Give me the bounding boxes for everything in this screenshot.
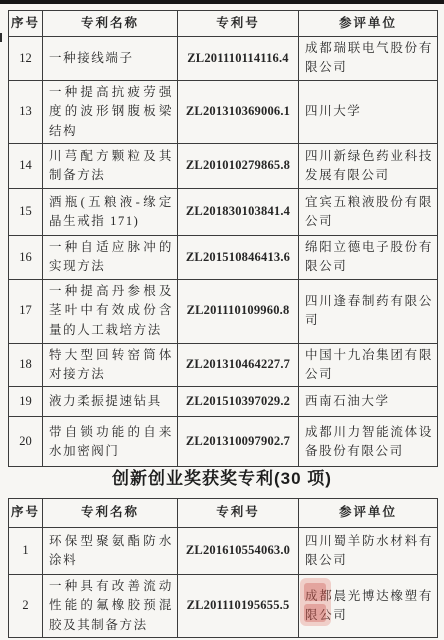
table-row: 14 川芎配方颗粒及其制备方法 ZL201010279865.8 四川新绿色药业…	[9, 143, 438, 188]
serial-cell: 17	[9, 279, 43, 343]
top-edge-bar	[0, 0, 444, 4]
table-row: 17 一种提高丹参根及茎叶中有效成份含量的人工栽培方法 ZL2011101099…	[9, 279, 438, 343]
header-serial: 序号	[9, 499, 43, 528]
serial-cell: 13	[9, 80, 43, 143]
serial-cell: 19	[9, 387, 43, 417]
org-text: 成都晨光博达橡塑有限公司	[305, 589, 433, 622]
patent-number-cell: ZL201010279865.8	[178, 143, 299, 188]
header-patent-name: 专利名称	[43, 499, 178, 528]
patent-table-2: 序号 专利名称 专利号 参评单位 1 环保型聚氨酯防水涂料 ZL20161055…	[8, 498, 438, 638]
header-patent-number: 专利号	[178, 499, 299, 528]
table-row: 2 一种具有改善流动性能的氟橡胶预混胶及其制备方法 ZL201110195655…	[9, 575, 438, 638]
patent-number-cell: ZL201310464227.7	[178, 343, 299, 387]
patent-name-cell: 一种提高丹参根及茎叶中有效成份含量的人工栽培方法	[43, 279, 178, 343]
serial-cell: 18	[9, 343, 43, 387]
section-title: 创新创业奖获奖专利(30 项)	[0, 464, 444, 489]
patent-name-cell: 一种接线端子	[43, 37, 178, 81]
scanned-document-page: 序号 专利名称 专利号 参评单位 12 一种接线端子 ZL20111011411…	[0, 0, 444, 640]
patent-number-cell: ZL201110114116.4	[178, 37, 299, 81]
table-row: 13 一种提高抗疲劳强度的波形钢腹板梁结构 ZL201310369006.1 四…	[9, 80, 438, 143]
serial-cell: 2	[9, 575, 43, 638]
patent-number-cell: ZL201110109960.8	[178, 279, 299, 343]
patent-table-1: 序号 专利名称 专利号 参评单位 12 一种接线端子 ZL20111011411…	[8, 10, 438, 467]
table-row: 16 一种自适应脉冲的实现方法 ZL201510846413.6 绵阳立德电子股…	[9, 235, 438, 279]
table-header-row: 序号 专利名称 专利号 参评单位	[9, 11, 438, 37]
org-cell: 绵阳立德电子股份有限公司	[299, 235, 438, 279]
table-header-row: 序号 专利名称 专利号 参评单位	[9, 499, 438, 528]
org-cell: 四川逢春制药有限公司	[299, 279, 438, 343]
org-cell: 成都川力智能流体设备股份有限公司	[299, 417, 438, 467]
header-patent-number: 专利号	[178, 11, 299, 37]
patent-name-cell: 一种自适应脉冲的实现方法	[43, 235, 178, 279]
patent-number-cell: ZL201830103841.4	[178, 188, 299, 235]
patent-number-cell: ZL201610554063.0	[178, 528, 299, 575]
org-cell: 成都瑞联电气股份有限公司	[299, 37, 438, 81]
serial-cell: 15	[9, 188, 43, 235]
table-row: 20 带自锁功能的自来水加密阀门 ZL201310097902.7 成都川力智能…	[9, 417, 438, 467]
serial-cell: 1	[9, 528, 43, 575]
org-cell: 中国十九冶集团有限公司	[299, 343, 438, 387]
patent-number-cell: ZL201510397029.2	[178, 387, 299, 417]
header-serial: 序号	[9, 11, 43, 37]
header-patent-name: 专利名称	[43, 11, 178, 37]
patent-name-cell: 液力柔振提速钻具	[43, 387, 178, 417]
org-cell: 四川蜀羊防水材料有限公司	[299, 528, 438, 575]
patent-number-cell: ZL201510846413.6	[178, 235, 299, 279]
patent-name-cell: 一种具有改善流动性能的氟橡胶预混胶及其制备方法	[43, 575, 178, 638]
table-row: 19 液力柔振提速钻具 ZL201510397029.2 西南石油大学	[9, 387, 438, 417]
patent-name-cell: 川芎配方颗粒及其制备方法	[43, 143, 178, 188]
header-org: 参评单位	[299, 11, 438, 37]
patent-name-cell: 特大型回转窑筒体对接方法	[43, 343, 178, 387]
patent-name-cell: 环保型聚氨酯防水涂料	[43, 528, 178, 575]
org-cell: 宜宾五粮液股份有限公司	[299, 188, 438, 235]
table-row: 12 一种接线端子 ZL201110114116.4 成都瑞联电气股份有限公司	[9, 37, 438, 81]
scan-artifact	[0, 33, 2, 42]
serial-cell: 20	[9, 417, 43, 467]
org-cell: 四川新绿色药业科技发展有限公司	[299, 143, 438, 188]
header-org: 参评单位	[299, 499, 438, 528]
patent-number-cell: ZL201310097902.7	[178, 417, 299, 467]
serial-cell: 16	[9, 235, 43, 279]
table-row: 18 特大型回转窑筒体对接方法 ZL201310464227.7 中国十九冶集团…	[9, 343, 438, 387]
org-cell: 四川大学	[299, 80, 438, 143]
table-row: 15 酒瓶(五粮液-缘定晶生戒指 171) ZL201830103841.4 宜…	[9, 188, 438, 235]
patent-name-cell: 一种提高抗疲劳强度的波形钢腹板梁结构	[43, 80, 178, 143]
serial-cell: 12	[9, 37, 43, 81]
table-row: 1 环保型聚氨酯防水涂料 ZL201610554063.0 四川蜀羊防水材料有限…	[9, 528, 438, 575]
org-cell: 成都晨光博达橡塑有限公司	[299, 575, 438, 638]
org-cell: 西南石油大学	[299, 387, 438, 417]
patent-number-cell: ZL201310369006.1	[178, 80, 299, 143]
patent-number-cell: ZL201110195655.5	[178, 575, 299, 638]
serial-cell: 14	[9, 143, 43, 188]
patent-name-cell: 带自锁功能的自来水加密阀门	[43, 417, 178, 467]
patent-name-cell: 酒瓶(五粮液-缘定晶生戒指 171)	[43, 188, 178, 235]
